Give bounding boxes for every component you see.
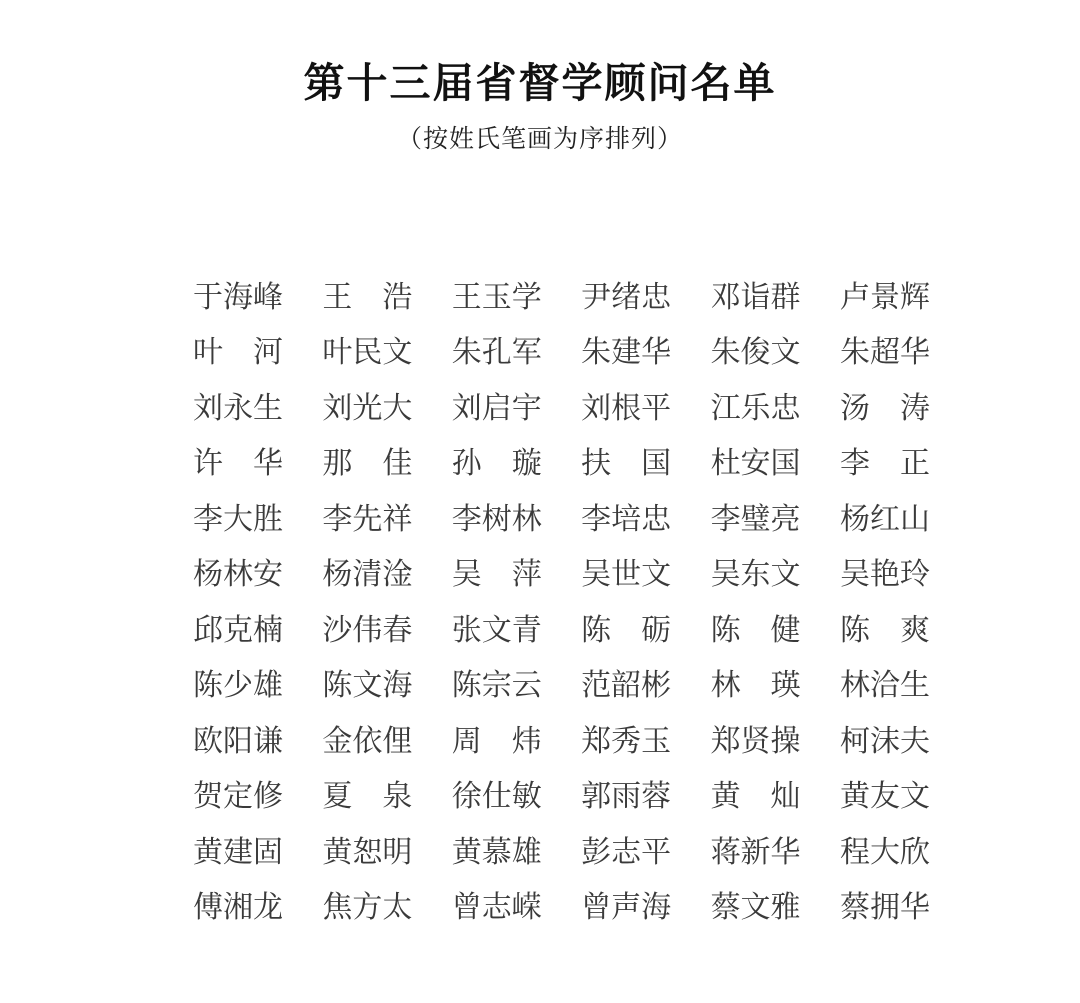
person-name: 黄恕明 [322,838,412,868]
person-name: 徐仕敏 [452,782,542,812]
person-name: 程大欣 [840,838,930,868]
person-name: 蔡拥华 [840,893,930,923]
person-name: 蒋新华 [711,838,801,868]
name-row: 许 华那 佳孙 璇扶 国杜安国李 正 [193,437,930,493]
page-title: 第十三届省督学顾问名单 [0,50,1080,109]
person-name: 陈少雄 [193,671,283,701]
person-name: 刘启宇 [452,394,542,424]
person-name: 杨清淦 [322,560,412,590]
person-name: 叶 河 [193,338,283,368]
person-name: 李树林 [452,505,542,535]
name-row: 叶 河叶民文朱孔军朱建华朱俊文朱超华 [193,326,930,382]
person-name: 李璧亮 [711,505,801,535]
person-name: 吴世文 [581,560,671,590]
person-name: 朱俊文 [711,338,801,368]
name-list: 于海峰王 浩王玉学尹绪忠邓诣群卢景辉叶 河叶民文朱孔军朱建华朱俊文朱超华刘永生刘… [193,270,930,936]
person-name: 吴艳玲 [840,560,930,590]
person-name: 尹绪忠 [581,283,671,313]
name-row: 于海峰王 浩王玉学尹绪忠邓诣群卢景辉 [193,270,930,326]
person-name: 孙 璇 [452,449,542,479]
person-name: 傅湘龙 [193,893,283,923]
person-name: 李培忠 [581,505,671,535]
person-name: 曾声海 [581,893,671,923]
person-name: 贺定修 [193,782,283,812]
person-name: 汤 涛 [840,394,930,424]
person-name: 卢景辉 [840,283,930,313]
person-name: 曾志嵘 [452,893,542,923]
person-name: 黄友文 [840,782,930,812]
person-name: 江乐忠 [711,394,801,424]
person-name: 陈 砺 [581,616,671,646]
name-row: 贺定修夏 泉徐仕敏郭雨蓉黄 灿黄友文 [193,770,930,826]
person-name: 郭雨蓉 [581,782,671,812]
person-name: 朱超华 [840,338,930,368]
name-row: 陈少雄陈文海陈宗云范韶彬林 瑛林洽生 [193,659,930,715]
name-row: 邱克楠沙伟春张文青陈 砺陈 健陈 爽 [193,603,930,659]
person-name: 郑贤操 [711,727,801,757]
person-name: 叶民文 [322,338,412,368]
name-row: 欧阳谦金依俚周 炜郑秀玉郑贤操柯沫夫 [193,714,930,770]
document-page: 第十三届省督学顾问名单 （按姓氏笔画为序排列） 于海峰王 浩王玉学尹绪忠邓诣群卢… [0,0,1080,1003]
person-name: 那 佳 [322,449,412,479]
person-name: 李先祥 [322,505,412,535]
person-name: 周 炜 [452,727,542,757]
name-row: 傅湘龙焦方太曾志嵘曾声海蔡文雅蔡拥华 [193,881,930,937]
person-name: 李大胜 [193,505,283,535]
person-name: 黄慕雄 [452,838,542,868]
person-name: 邱克楠 [193,616,283,646]
person-name: 朱建华 [581,338,671,368]
person-name: 杜安国 [711,449,801,479]
person-name: 金依俚 [322,727,412,757]
person-name: 扶 国 [581,449,671,479]
person-name: 陈宗云 [452,671,542,701]
person-name: 李 正 [840,449,930,479]
person-name: 焦方太 [322,893,412,923]
person-name: 刘永生 [193,394,283,424]
person-name: 范韶彬 [581,671,671,701]
person-name: 刘根平 [581,394,671,424]
person-name: 于海峰 [193,283,283,313]
person-name: 彭志平 [581,838,671,868]
person-name: 杨林安 [193,560,283,590]
person-name: 吴 萍 [452,560,542,590]
person-name: 张文青 [452,616,542,646]
person-name: 陈 爽 [840,616,930,646]
person-name: 吴东文 [711,560,801,590]
person-name: 黄建固 [193,838,283,868]
person-name: 陈文海 [322,671,412,701]
person-name: 林洽生 [840,671,930,701]
person-name: 黄 灿 [711,782,801,812]
page-subtitle: （按姓氏笔画为序排列） [0,119,1080,155]
person-name: 夏 泉 [322,782,412,812]
person-name: 欧阳谦 [193,727,283,757]
person-name: 朱孔军 [452,338,542,368]
name-row: 黄建固黄恕明黄慕雄彭志平蒋新华程大欣 [193,825,930,881]
person-name: 王玉学 [452,283,542,313]
person-name: 林 瑛 [711,671,801,701]
name-row: 刘永生刘光大刘启宇刘根平江乐忠汤 涛 [193,381,930,437]
name-row: 李大胜李先祥李树林李培忠李璧亮杨红山 [193,492,930,548]
person-name: 王 浩 [322,283,412,313]
person-name: 杨红山 [840,505,930,535]
name-row: 杨林安杨清淦吴 萍吴世文吴东文吴艳玲 [193,548,930,604]
person-name: 陈 健 [711,616,801,646]
person-name: 刘光大 [322,394,412,424]
person-name: 许 华 [193,449,283,479]
person-name: 蔡文雅 [711,893,801,923]
person-name: 邓诣群 [711,283,801,313]
person-name: 柯沫夫 [840,727,930,757]
person-name: 沙伟春 [322,616,412,646]
person-name: 郑秀玉 [581,727,671,757]
